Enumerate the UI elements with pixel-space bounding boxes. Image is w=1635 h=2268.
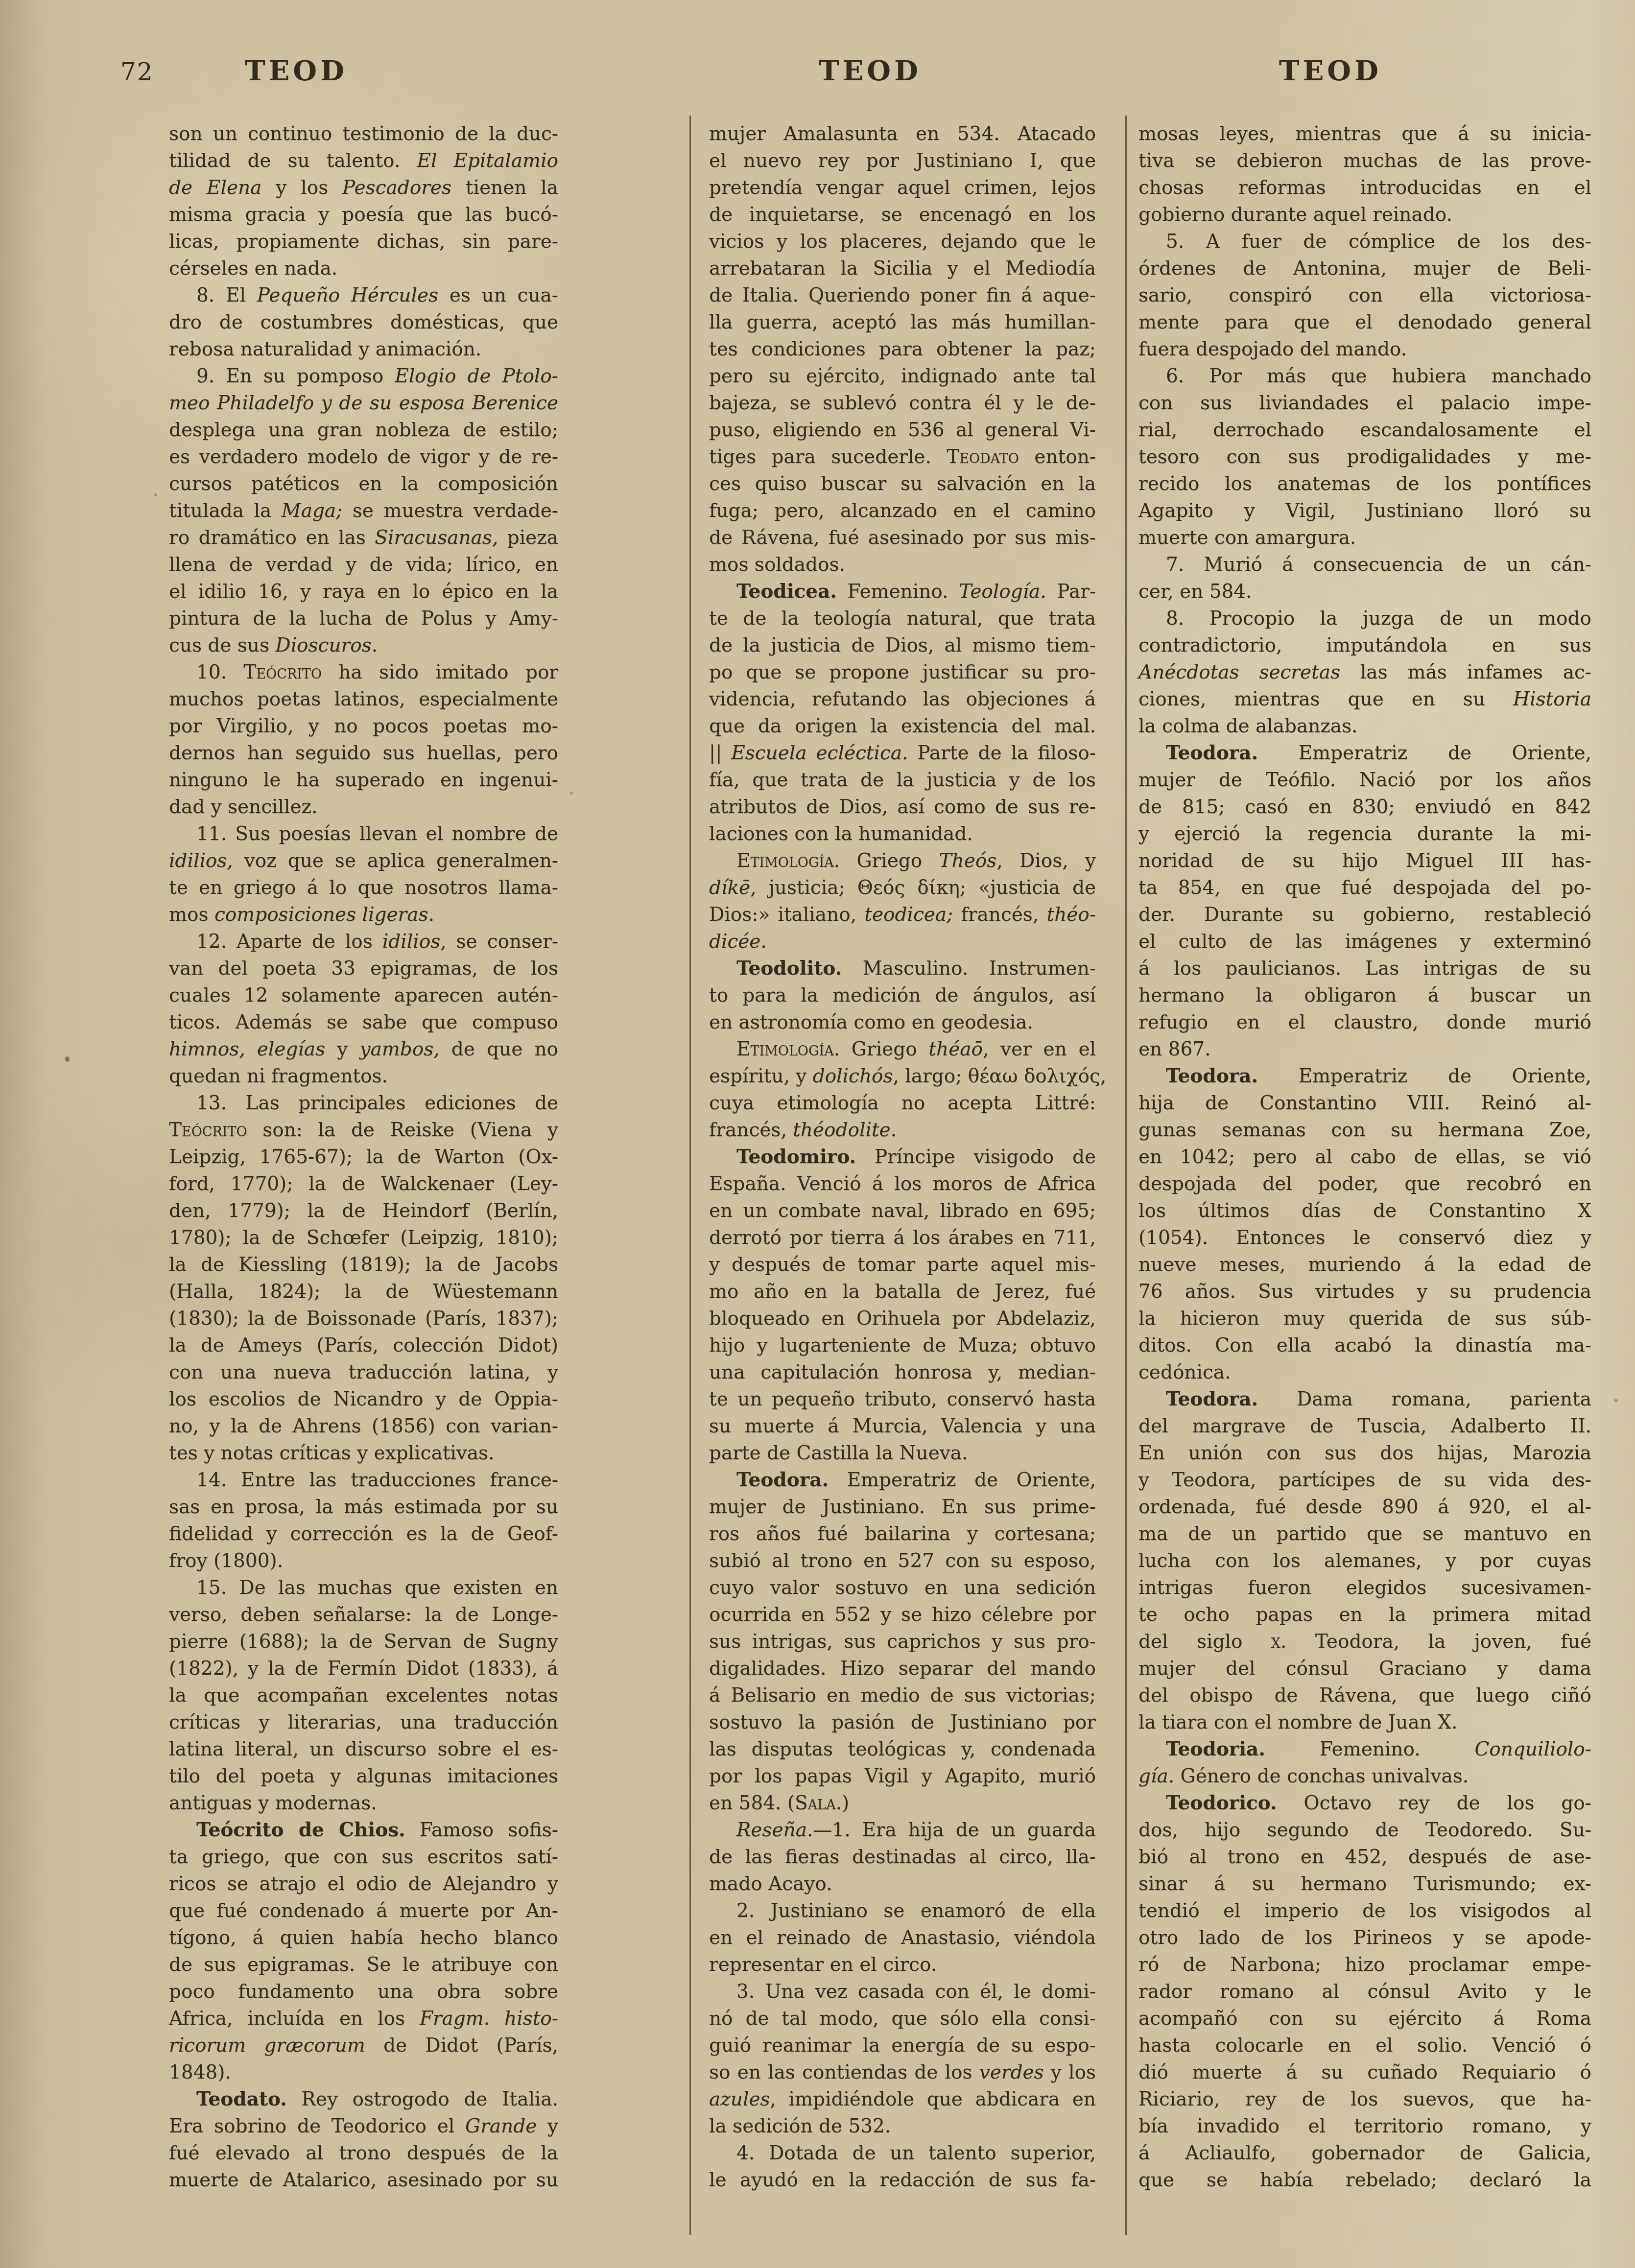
text-line: que da origen la existencia del mal.: [709, 713, 1096, 740]
text-line: y ejerció la regencia durante la mi-: [1138, 820, 1591, 847]
text-line: arrebataran la Sicilia y el Mediodía: [709, 255, 1096, 282]
column-divider-rule: [689, 116, 691, 2235]
text-line: ricos se atrajo el odio de Alejandro y: [169, 1871, 558, 1897]
text-line: de Italia. Queriendo poner fin á aque-: [709, 282, 1096, 309]
text-line: 76 años. Sus virtudes y su prudencia: [1138, 1278, 1591, 1305]
text-line: chosas reformas introducidas en el: [1138, 174, 1591, 201]
text-line: refugio en el claustro, donde murió: [1138, 1009, 1591, 1036]
text-line: de inquietarse, se encenagó en los: [709, 201, 1096, 228]
text-line: por Virgilio, y no pocos poetas mo-: [169, 713, 558, 740]
text-line: la tiara con el nombre de Juan X.: [1138, 1709, 1591, 1736]
text-line: verso, deben señalarse: la de Longe-: [169, 1601, 558, 1628]
text-line: mente para que el denodado general: [1138, 309, 1591, 336]
text-line: mado Acayo.: [709, 1871, 1096, 1897]
text-line: Riciario, rey de los suevos, que ha-: [1138, 2086, 1591, 2113]
text-line: En unión con sus dos hijas, Marozia: [1138, 1440, 1591, 1467]
text-line: cuyo valor sostuvo en una sedición: [709, 1574, 1096, 1601]
text-line: no, y la de Ahrens (1856) con varian-: [169, 1413, 558, 1440]
text-line: Teodora. Emperatriz de Oriente,: [1138, 740, 1591, 767]
text-line: Africa, incluída en los Fragm. histo-: [169, 2005, 558, 2032]
text-line: digalidades. Hizo separar del mando: [709, 1655, 1096, 1682]
text-line: 8. Procopio la juzga de un modo: [1138, 605, 1591, 632]
text-line: puso, eligiendo en 536 al general Vi-: [709, 417, 1096, 444]
text-line: so en las contiendas de los verdes y los: [709, 2059, 1096, 2086]
text-line: tendió el imperio de los visigodos al: [1138, 1897, 1591, 1924]
text-line: (Halla, 1824); la de Wüestemann: [169, 1278, 558, 1305]
text-line: rial, derrochado escandalosamente el: [1138, 417, 1591, 444]
text-line: y después de tomar parte aquel mis-: [709, 1251, 1096, 1278]
text-line: cérseles en nada.: [169, 255, 558, 282]
text-line: hija de Constantino VIII. Reinó al-: [1138, 1090, 1591, 1117]
text-line: lucha con los alemanes, y por cuyas: [1138, 1547, 1591, 1574]
text-line: en 867.: [1138, 1036, 1591, 1063]
text-line: froy (1800).: [169, 1547, 558, 1574]
text-line: mujer de Teófilo. Nació por los años: [1138, 767, 1591, 794]
text-line: llena de verdad y de vida; lírico, en: [169, 551, 558, 578]
text-line: 7. Murió á consecuencia de un cán-: [1138, 551, 1591, 578]
text-line: mujer del cónsul Graciano y dama: [1138, 1655, 1591, 1682]
text-line: ta griego, que con sus escritos satí-: [169, 1844, 558, 1871]
text-line: tes condiciones para obtener la paz;: [709, 336, 1096, 363]
text-line: en un combate naval, librado en 695;: [709, 1197, 1096, 1224]
text-line: noridad de su hijo Miguel III has-: [1138, 847, 1591, 874]
text-line: desplega una gran nobleza de estilo;: [169, 417, 558, 444]
text-line: po que se propone justificar su pro-: [709, 659, 1096, 686]
text-column-left: son un continuo testimonio de la duc-til…: [169, 120, 558, 2194]
text-line: hijo y lugarteniente de Muza; obtuvo: [709, 1332, 1096, 1359]
text-line: Etimología. Griego théaō, ver en el: [709, 1036, 1096, 1063]
text-line: tiva se debieron muchas de las prove-: [1138, 147, 1591, 174]
text-line: rebosa naturalidad y animación.: [169, 336, 558, 363]
text-line: (1830); la de Boissonade (París, 1837);: [169, 1305, 558, 1332]
text-line: bajeza, se sublevó contra él y le de-: [709, 390, 1096, 417]
text-line: Teodorico. Octavo rey de los go-: [1138, 1790, 1591, 1817]
text-line: dad y sencillez.: [169, 794, 558, 820]
text-line: la de Kiessling (1819); la de Jacobs: [169, 1251, 558, 1278]
text-line: fué elevado al trono después de la: [169, 2140, 558, 2167]
text-line: ford, 1770); la de Walckenaer (Ley-: [169, 1170, 558, 1197]
text-line: mo año en la batalla de Jerez, fué: [709, 1278, 1096, 1305]
text-line: fuga; pero, alcanzado en el camino: [709, 497, 1096, 524]
text-line: latina literal, un discurso sobre el es-: [169, 1736, 558, 1763]
text-line: subió al trono en 527 con su esposo,: [709, 1547, 1096, 1574]
text-line: ocurrida en 552 y se hizo célebre por: [709, 1601, 1096, 1628]
text-line: tesoro con sus prodigalidades y me-: [1138, 444, 1591, 470]
text-line: del obispo de Rávena, que luego ciñó: [1138, 1682, 1591, 1709]
text-line: recido los anatemas de los pontífices: [1138, 470, 1591, 497]
text-line: mos composiciones ligeras.: [169, 901, 558, 928]
text-line: muchos poetas latinos, especialmente: [169, 686, 558, 713]
text-line: 9. En su pomposo Elogio de Ptolo-: [169, 363, 558, 390]
text-line: ricorum græcorum de Didot (París,: [169, 2032, 558, 2059]
text-line: mos soldados.: [709, 551, 1096, 578]
text-line: ciones, mientras que en su Historia: [1138, 686, 1591, 713]
text-line: fía, que trata de la justicia y de los: [709, 767, 1096, 794]
text-line: francés, théodolite.: [709, 1117, 1096, 1144]
text-line: el nuevo rey por Justiniano I, que: [709, 147, 1096, 174]
text-line: nueve meses, muriendo á la edad de: [1138, 1251, 1591, 1278]
text-line: bloqueado en Orihuela por Abdelaziz,: [709, 1305, 1096, 1332]
text-line: gía. Género de conchas univalvas.: [1138, 1763, 1591, 1790]
text-line: acompañó con su ejército á Roma: [1138, 2005, 1591, 2032]
text-line: Teodicea. Femenino. Teología. Par-: [709, 578, 1096, 605]
text-line: espíritu, y dolichós, largo; θέαω δολιχό…: [709, 1063, 1096, 1090]
text-line: te de la teología natural, que trata: [709, 605, 1096, 632]
paper-speck: [154, 493, 157, 496]
text-line: muerte de Atalarico, asesinado por su: [169, 2167, 558, 2194]
text-line: en 584. (Sala.): [709, 1790, 1096, 1817]
text-line: á los paulicianos. Las intrigas de su: [1138, 955, 1591, 982]
text-line: 14. Entre las traducciones france-: [169, 1467, 558, 1494]
text-line: pierre (1688); la de Servan de Sugny: [169, 1628, 558, 1655]
text-line: Teodato. Rey ostrogodo de Italia.: [169, 2086, 558, 2113]
text-line: pretendía vengar aquel crimen, lejos: [709, 174, 1096, 201]
text-line: sario, conspiró con ella victoriosa-: [1138, 282, 1591, 309]
text-line: sas en prosa, la más estimada por su: [169, 1494, 558, 1520]
text-line: der. Durante su gobierno, restableció: [1138, 901, 1591, 928]
text-line: dió muerte á su cuñado Requiario ó: [1138, 2059, 1591, 2086]
text-line: tiges para sucederle. Teodato enton-: [709, 444, 1096, 470]
text-line: Etimología. Griego Theós, Dios, y: [709, 847, 1096, 874]
text-line: el culto de las imágenes y exterminó: [1138, 928, 1591, 955]
text-line: (1054). Entonces le conservó diez y: [1138, 1224, 1591, 1251]
text-line: dro de costumbres domésticas, que: [169, 309, 558, 336]
text-line: críticas y literarias, una traducción: [169, 1709, 558, 1736]
text-line: Teodora. Emperatriz de Oriente,: [709, 1467, 1096, 1494]
text-line: 13. Las principales ediciones de: [169, 1090, 558, 1117]
text-line: himnos, elegías y yambos, de que no: [169, 1036, 558, 1063]
text-line: Teodora. Dama romana, parienta: [1138, 1386, 1591, 1413]
text-line: 12. Aparte de los idilios, se conser-: [169, 928, 558, 955]
paper-speck: [570, 792, 573, 795]
text-line: rador romano al cónsul Avito y le: [1138, 1978, 1591, 2005]
text-line: cus de sus Dioscuros.: [169, 632, 558, 659]
text-line: antiguas y modernas.: [169, 1790, 558, 1817]
text-line: (1822), y la de Fermín Didot (1833), á: [169, 1655, 558, 1682]
text-line: 15. De las muchas que existen en: [169, 1574, 558, 1601]
text-line: mujer Amalasunta en 534. Atacado: [709, 120, 1096, 147]
text-line: quedan ni fragmentos.: [169, 1063, 558, 1090]
text-line: otro lado de los Pirineos y se apode-: [1138, 1924, 1591, 1951]
text-line: Anécdotas secretas las más infames ac-: [1138, 659, 1591, 686]
text-line: gunas semanas con su hermana Zoe,: [1138, 1117, 1591, 1144]
text-line: tígono, á quien había hecho blanco: [169, 1924, 558, 1951]
page-number: 72: [120, 58, 154, 86]
text-line: hasta colocarle en el solio. Venció ó: [1138, 2032, 1591, 2059]
text-line: el idilio 16, y raya en lo épico en la: [169, 578, 558, 605]
text-line: tilo del poeta y algunas imitaciones: [169, 1763, 558, 1790]
text-line: vicios y los placeres, dejando que le: [709, 228, 1096, 255]
text-line: del siglo x. Teodora, la joven, fué: [1138, 1628, 1591, 1655]
text-line: ordenada, fué desde 890 á 920, el al-: [1138, 1494, 1591, 1520]
text-line: lla guerra, aceptó las más humillan-: [709, 309, 1096, 336]
text-line: || Escuela ecléctica. Parte de la filoso…: [709, 740, 1096, 767]
text-line: tilidad de su talento. El Epitalamio: [169, 147, 558, 174]
running-head-left: TEOD: [245, 55, 348, 87]
text-line: de la justicia de Dios, al mismo tiem-: [709, 632, 1096, 659]
text-line: cuales 12 solamente aparecen autén-: [169, 982, 558, 1009]
text-line: en 1042; pero al cabo de ellas, se vió: [1138, 1144, 1591, 1170]
text-line: bía invadido el territorio romano, y: [1138, 2113, 1591, 2140]
text-line: la que acompañan excelentes notas: [169, 1682, 558, 1709]
text-line: las disputas teológicas y, condenada: [709, 1736, 1096, 1763]
text-line: pero su ejército, indignado ante tal: [709, 363, 1096, 390]
text-line: dos, hijo segundo de Teodoredo. Su-: [1138, 1817, 1591, 1844]
text-line: poco fundamento una obra sobre: [169, 1978, 558, 2005]
text-line: te ocho papas en la primera mitad: [1138, 1601, 1591, 1628]
text-line: le ayudó en la redacción de sus fa-: [709, 2167, 1096, 2194]
text-line: azules, impidiéndole que abdicara en: [709, 2086, 1096, 2113]
text-line: Leipzig, 1765-67); la de Warton (Ox-: [169, 1144, 558, 1170]
text-line: ro dramático en las Siracusanas, pieza: [169, 524, 558, 551]
text-line: la sedición de 532.: [709, 2113, 1096, 2140]
paper-speck: [65, 1056, 70, 1062]
text-line: por los papas Vigil y Agapito, murió: [709, 1763, 1096, 1790]
text-line: contradictorio, imputándola en sus: [1138, 632, 1591, 659]
text-line: mosas leyes, mientras que á su inicia-: [1138, 120, 1591, 147]
text-line: mujer de Justiniano. En sus prime-: [709, 1494, 1096, 1520]
text-line: 5. A fuer de cómplice de los des-: [1138, 228, 1591, 255]
text-line: que fué condenado á muerte por An-: [169, 1897, 558, 1924]
running-head-right: TEOD: [1279, 55, 1382, 87]
text-line: con una nueva traducción latina, y: [169, 1359, 558, 1386]
text-line: su muerte á Murcia, Valencia y una: [709, 1413, 1096, 1440]
text-line: dicée.: [709, 928, 1096, 955]
text-line: 11. Sus poesías llevan el nombre de: [169, 820, 558, 847]
text-line: pintura de la lucha de Polus y Amy-: [169, 605, 558, 632]
paper-speck: [1614, 1399, 1618, 1402]
text-line: Teodolito. Masculino. Instrumen-: [709, 955, 1096, 982]
text-line: Era sobrino de Teodorico el Grande y: [169, 2113, 558, 2140]
text-line: 2. Justiniano se enamoró de ella: [709, 1897, 1096, 1924]
text-line: videncia, refutando las objeciones á: [709, 686, 1096, 713]
text-line: ma de un partido que se mantuvo en: [1138, 1520, 1591, 1547]
text-line: 1780); la de Schœfer (Leipzig, 1810);: [169, 1224, 558, 1251]
text-line: del margrave de Tuscia, Adalberto II.: [1138, 1413, 1591, 1440]
text-line: 10. Teócrito ha sido imitado por: [169, 659, 558, 686]
text-line: ninguno le ha superado en ingenui-: [169, 767, 558, 794]
text-line: de sus epigramas. Se le atribuye con: [169, 1951, 558, 1978]
text-line: Teodora. Emperatriz de Oriente,: [1138, 1063, 1591, 1090]
text-line: den, 1779); la de Heindorf (Berlín,: [169, 1197, 558, 1224]
text-line: ticos. Además se sabe que compuso: [169, 1009, 558, 1036]
text-line: dernos han seguido sus huellas, pero: [169, 740, 558, 767]
text-line: de 815; casó en 830; enviudó en 842: [1138, 794, 1591, 820]
text-line: Teodoria. Femenino. Conquiliolo-: [1138, 1736, 1591, 1763]
text-line: sus intrigas, sus caprichos y sus pro-: [709, 1628, 1096, 1655]
text-line: y Teodora, partícipes de su vida des-: [1138, 1467, 1591, 1494]
text-line: hermano la obligaron á buscar un: [1138, 982, 1591, 1009]
text-line: guió reanimar la energía de su espo-: [709, 2032, 1096, 2059]
text-line: que se había rebelado; declaró la: [1138, 2167, 1591, 2194]
text-line: Dios:» italiano, teodicea; francés, théo…: [709, 901, 1096, 928]
text-line: van del poeta 33 epigramas, de los: [169, 955, 558, 982]
text-line: nó de tal modo, que sólo ella consi-: [709, 2005, 1096, 2032]
text-line: una capitulación honrosa y, median-: [709, 1359, 1096, 1386]
text-line: los últimos días de Constantino X: [1138, 1197, 1591, 1224]
text-line: titulada la Maga; se muestra verdade-: [169, 497, 558, 524]
text-line: sinar á su hermano Turismundo; ex-: [1138, 1871, 1591, 1897]
text-line: órdenes de Antonina, mujer de Beli-: [1138, 255, 1591, 282]
text-line: sostuvo la pasión de Justiniano por: [709, 1709, 1096, 1736]
text-line: la hicieron muy querida de sus súb-: [1138, 1305, 1591, 1332]
text-line: te en griego á lo que nosotros llama-: [169, 874, 558, 901]
text-line: ta 854, en que fué despojada del po-: [1138, 874, 1591, 901]
text-line: Reseña.—1. Era hija de un guarda: [709, 1817, 1096, 1844]
text-line: cursos patéticos en la composición: [169, 470, 558, 497]
scanned-dictionary-page: { "page": { "number": "72", "header_word…: [0, 0, 1635, 2268]
text-line: laciones con la humanidad.: [709, 820, 1096, 847]
text-line: Teodomiro. Príncipe visigodo de: [709, 1144, 1096, 1170]
text-line: de Elena y los Pescadores tienen la: [169, 174, 558, 201]
text-line: Agapito y Vigil, Justiniano lloró su: [1138, 497, 1591, 524]
text-line: con sus liviandades el palacio impe-: [1138, 390, 1591, 417]
text-column-right: mosas leyes, mientras que á su inicia-ti…: [1138, 120, 1591, 2194]
text-line: bió al trono en 452, después de ase-: [1138, 1844, 1591, 1871]
text-line: atributos de Dios, así como de sus re-: [709, 794, 1096, 820]
text-line: parte de Castilla la Nueva.: [709, 1440, 1096, 1467]
text-line: fuera despojado del mando.: [1138, 336, 1591, 363]
text-column-center: mujer Amalasunta en 534. Atacadoel nuevo…: [709, 120, 1096, 2194]
running-head-center: TEOD: [819, 55, 922, 87]
text-line: intrigas fueron elegidos sucesivamen-: [1138, 1574, 1591, 1601]
text-line: es verdadero modelo de vigor y de re-: [169, 444, 558, 470]
text-line: en el reinado de Anastasio, viéndola: [709, 1924, 1096, 1951]
text-line: ditos. Con ella acabó la dinastía ma-: [1138, 1332, 1591, 1359]
text-line: cedónica.: [1138, 1359, 1591, 1386]
text-line: de Rávena, fué asesinado por sus mis-: [709, 524, 1096, 551]
text-line: la colma de alabanzas.: [1138, 713, 1591, 740]
text-line: de las fieras destinadas al circo, lla-: [709, 1844, 1096, 1871]
text-line: 6. Por más que hubiera manchado: [1138, 363, 1591, 390]
text-line: cer, en 584.: [1138, 578, 1591, 605]
text-line: á Acliaulfo, gobernador de Galicia,: [1138, 2140, 1591, 2167]
text-line: 1848).: [169, 2059, 558, 2086]
text-line: muerte con amargura.: [1138, 524, 1591, 551]
text-line: misma gracia y poesía que las bucó-: [169, 201, 558, 228]
text-line: díkē, justicia; Θεός δίκη; «justicia de: [709, 874, 1096, 901]
text-line: representar en el circo.: [709, 1951, 1096, 1978]
text-line: despojada del poder, que recobró en: [1138, 1170, 1591, 1197]
text-line: España. Venció á los moros de Africa: [709, 1170, 1096, 1197]
text-line: ces quiso buscar su salvación en la: [709, 470, 1096, 497]
text-line: 4. Dotada de un talento superior,: [709, 2140, 1096, 2167]
text-line: son un continuo testimonio de la duc-: [169, 120, 558, 147]
text-line: ró de Narbona; hizo proclamar empe-: [1138, 1951, 1591, 1978]
text-line: 3. Una vez casada con él, le domi-: [709, 1978, 1096, 2005]
column-divider-rule: [1125, 116, 1127, 2235]
text-line: idilios, voz que se aplica generalmen-: [169, 847, 558, 874]
text-line: la de Ameys (París, colección Didot): [169, 1332, 558, 1359]
text-line: á Belisario en medio de sus victorias;: [709, 1682, 1096, 1709]
text-line: derrotó por tierra á los árabes en 711,: [709, 1224, 1096, 1251]
text-line: licas, propiamente dichas, sin pare-: [169, 228, 558, 255]
text-line: los escolios de Nicandro y de Oppia-: [169, 1386, 558, 1413]
text-line: fidelidad y corrección es la de Geof-: [169, 1520, 558, 1547]
text-line: tes y notas críticas y explicativas.: [169, 1440, 558, 1467]
text-line: en astronomía como en geodesia.: [709, 1009, 1096, 1036]
text-line: Teócrito son: la de Reiske (Viena y: [169, 1117, 558, 1144]
text-line: to para la medición de ángulos, así: [709, 982, 1096, 1009]
text-line: ros años fué bailarina y cortesana;: [709, 1520, 1096, 1547]
text-line: Teócrito de Chios. Famoso sofis-: [169, 1817, 558, 1844]
text-line: 8. El Pequeño Hércules es un cua-: [169, 282, 558, 309]
text-line: meo Philadelfo y de su esposa Berenice: [169, 390, 558, 417]
text-line: te un pequeño tributo, conservó hasta: [709, 1386, 1096, 1413]
text-line: gobierno durante aquel reinado.: [1138, 201, 1591, 228]
text-line: cuya etimología no acepta Littré:: [709, 1090, 1096, 1117]
